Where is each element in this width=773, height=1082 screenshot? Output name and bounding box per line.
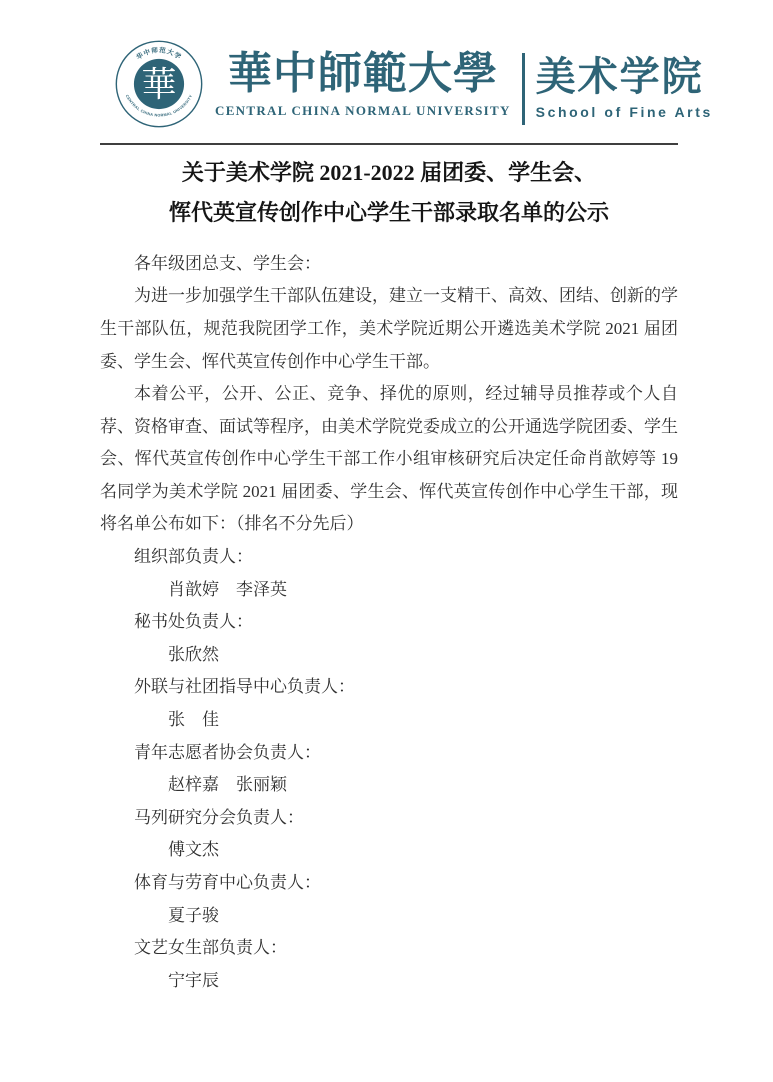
- letterhead: 华中师范大学 CENTRAL CHINA NORMAL UNIVERSITY 華…: [100, 38, 678, 130]
- university-name-calligraphy: 華中師範大學: [228, 49, 498, 100]
- title-line-2: 恽代英宣传创作中心学生干部录取名单的公示: [100, 193, 678, 233]
- section-names: 肖歆婷 李泽英: [100, 574, 678, 607]
- document-title: 关于美术学院 2021-2022 届团委、学生会、 恽代英宣传创作中心学生干部录…: [100, 153, 678, 233]
- header-vertical-divider: [522, 53, 525, 125]
- section-role: 马列研究分会负责人：: [100, 802, 678, 835]
- school-name-english: School of Fine Arts: [536, 104, 713, 120]
- section-names: 赵梓嘉 张丽颖: [100, 769, 678, 802]
- document-page: 华中师范大学 CENTRAL CHINA NORMAL UNIVERSITY 華…: [0, 0, 773, 1082]
- section-names: 傅文杰: [100, 834, 678, 867]
- seal-emblem-glyph: 華: [141, 65, 176, 104]
- section-role: 秘书处负责人：: [100, 606, 678, 639]
- section-role: 青年志愿者协会负责人：: [100, 737, 678, 770]
- title-line-1: 关于美术学院 2021-2022 届团委、学生会、: [100, 153, 678, 193]
- university-seal-icon: 华中师范大学 CENTRAL CHINA NORMAL UNIVERSITY 華: [115, 40, 203, 128]
- header-rule: [100, 143, 678, 145]
- university-name-english: CENTRAL CHINA NORMAL UNIVERSITY: [215, 103, 511, 119]
- section-names: 张 佳: [100, 704, 678, 737]
- school-name-block: 美术学院 School of Fine Arts: [536, 55, 713, 120]
- document-body: 各年级团总支、学生会： 为进一步加强学生干部队伍建设，建立一支精干、高效、团结、…: [100, 248, 678, 998]
- paragraph: 为进一步加强学生干部队伍建设，建立一支精干、高效、团结、创新的学生干部队伍，规范…: [100, 280, 678, 378]
- school-name-chinese: 美术学院: [536, 55, 713, 99]
- section-role: 体育与劳育中心负责人：: [100, 867, 678, 900]
- section-names: 夏子骏: [100, 900, 678, 933]
- section-names: 张欣然: [100, 639, 678, 672]
- section-role: 组织部负责人：: [100, 541, 678, 574]
- section-role: 外联与社团指导中心负责人：: [100, 671, 678, 704]
- university-name-block: 華中師範大學 CENTRAL CHINA NORMAL UNIVERSITY: [215, 49, 511, 119]
- section-names: 宁宇辰: [100, 965, 678, 998]
- salutation: 各年级团总支、学生会：: [100, 248, 678, 281]
- paragraph: 本着公平，公开、公正、竞争、择优的原则，经过辅导员推荐或个人自荐、资格审查、面试…: [100, 378, 678, 541]
- section-role: 文艺女生部负责人：: [100, 932, 678, 965]
